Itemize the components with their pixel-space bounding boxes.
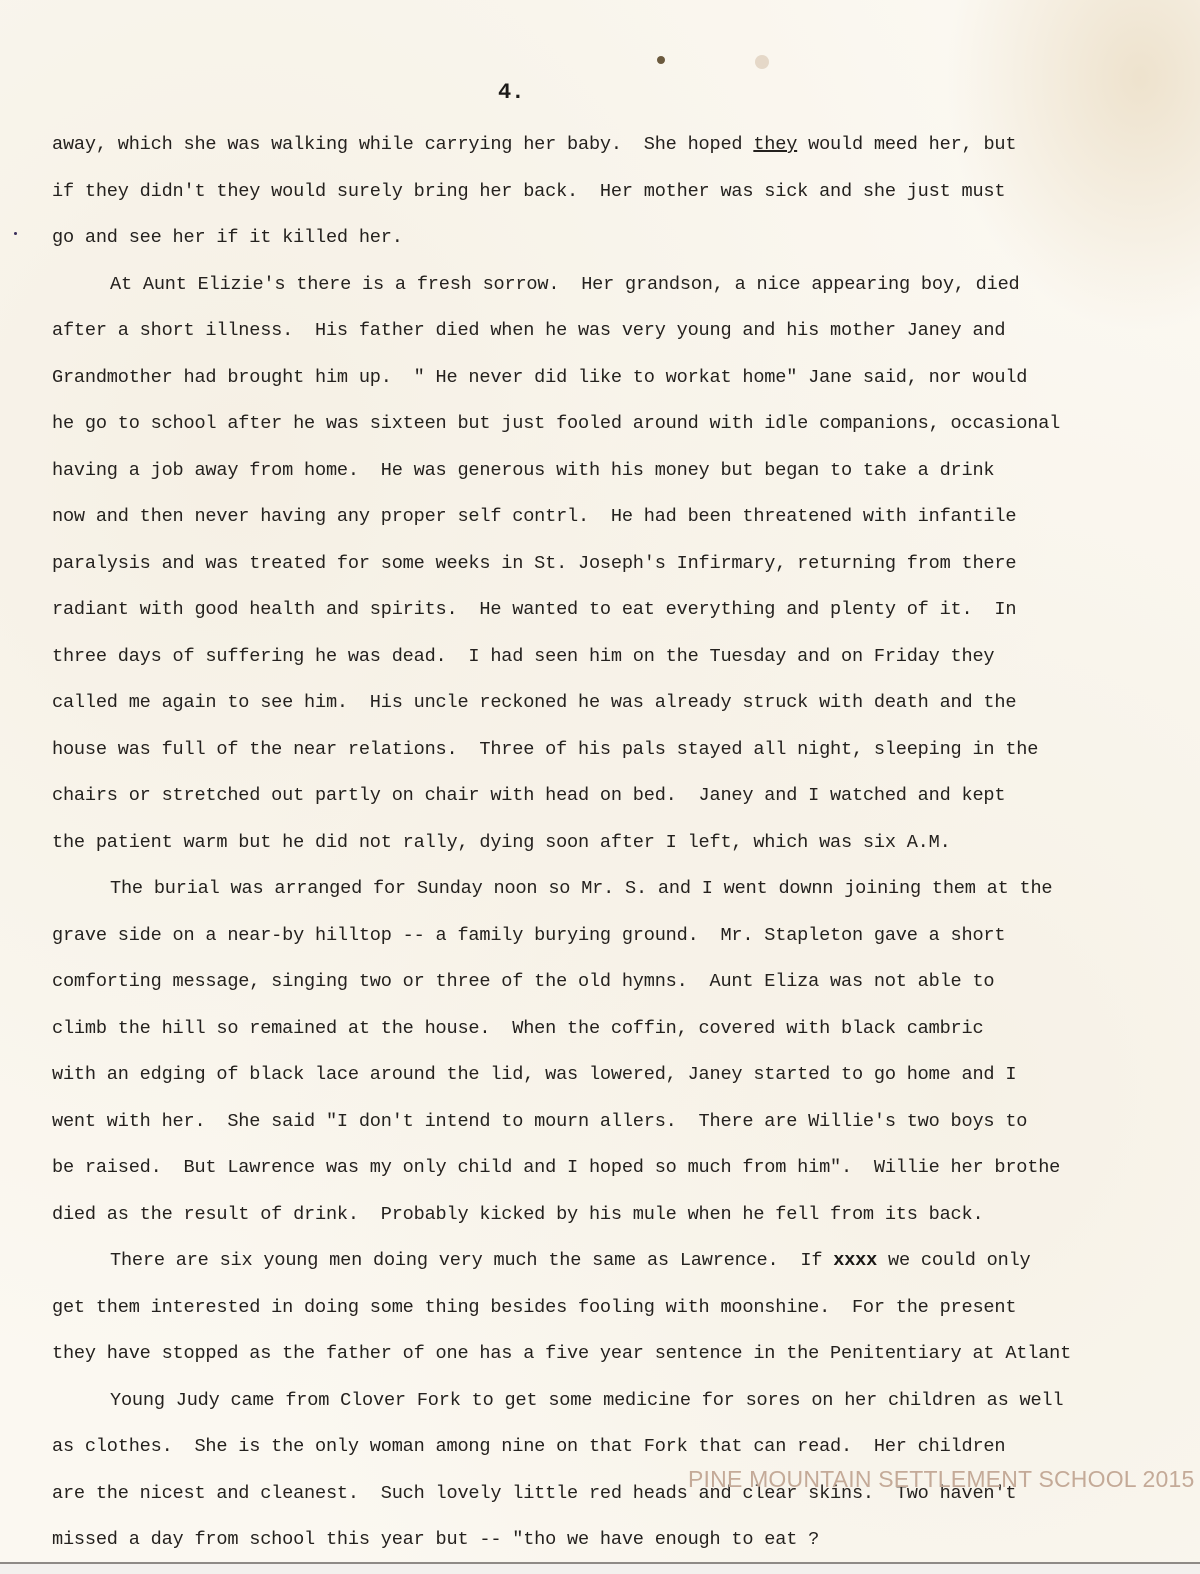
text-run: three days of suffering he was dead. I h… bbox=[52, 646, 994, 667]
underlined-word: they bbox=[753, 134, 797, 155]
text-line: Grandmother had brought him up. " He nev… bbox=[52, 355, 1162, 402]
text-run: would meed her, but bbox=[797, 134, 1016, 155]
page-number: 4. bbox=[498, 80, 524, 105]
text-run: be raised. But Lawrence was my only chil… bbox=[52, 1157, 1060, 1178]
text-line: house was full of the near relations. Th… bbox=[52, 727, 1162, 774]
text-line: after a short illness. His father died w… bbox=[52, 308, 1162, 355]
text-run: radiant with good health and spirits. He… bbox=[52, 599, 1016, 620]
text-line: died as the result of drink. Probably ki… bbox=[52, 1192, 1162, 1239]
text-run: Grandmother had brought him up. " He nev… bbox=[52, 367, 1027, 388]
text-line: if they didn't they would surely bring h… bbox=[52, 169, 1162, 216]
text-run: away, which she was walking while carryi… bbox=[52, 134, 753, 155]
text-run: grave side on a near-by hilltop -- a fam… bbox=[52, 925, 1005, 946]
text-line: go and see her if it killed her. bbox=[52, 215, 1162, 262]
text-line: he go to school after he was sixteen but… bbox=[52, 401, 1162, 448]
text-line: three days of suffering he was dead. I h… bbox=[52, 634, 1162, 681]
text-line: be raised. But Lawrence was my only chil… bbox=[52, 1145, 1162, 1192]
text-run: the patient warm but he did not rally, d… bbox=[52, 832, 951, 853]
text-line: grave side on a near-by hilltop -- a fam… bbox=[52, 913, 1162, 960]
text-line: missed a day from school this year but -… bbox=[52, 1517, 1162, 1564]
text-run: with an edging of black lace around the … bbox=[52, 1064, 1016, 1085]
text-run: he go to school after he was sixteen but… bbox=[52, 413, 1060, 434]
text-run: we could only bbox=[877, 1250, 1030, 1271]
text-line: radiant with good health and spirits. He… bbox=[52, 587, 1162, 634]
paragraph-first-line: The burial was arranged for Sunday noon … bbox=[52, 866, 1162, 913]
text-run: as clothes. She is the only woman among … bbox=[52, 1436, 1005, 1457]
scanned-page: 4. away, which she was walking while car… bbox=[0, 0, 1200, 1564]
text-run: get them interested in doing some thing … bbox=[52, 1297, 1016, 1318]
text-run: called me again to see him. His uncle re… bbox=[52, 692, 1016, 713]
scan-bottom-edge bbox=[0, 1564, 1200, 1574]
text-run: house was full of the near relations. Th… bbox=[52, 739, 1038, 760]
text-run: went with her. She said "I don't intend … bbox=[52, 1111, 1027, 1132]
text-run: now and then never having any proper sel… bbox=[52, 506, 1016, 527]
paragraph-first-line: Young Judy came from Clover Fork to get … bbox=[52, 1378, 1162, 1425]
text-run: paralysis and was treated for some weeks… bbox=[52, 553, 1016, 574]
text-line: now and then never having any proper sel… bbox=[52, 494, 1162, 541]
archive-watermark: PINE MOUNTAIN SETTLEMENT SCHOOL 2015 bbox=[688, 1466, 1195, 1493]
text-run: comforting message, singing two or three… bbox=[52, 971, 994, 992]
text-line: paralysis and was treated for some weeks… bbox=[52, 541, 1162, 588]
text-run: missed a day from school this year but -… bbox=[52, 1529, 819, 1550]
text-line: they have stopped as the father of one h… bbox=[52, 1331, 1162, 1378]
text-line: went with her. She said "I don't intend … bbox=[52, 1099, 1162, 1146]
text-line: called me again to see him. His uncle re… bbox=[52, 680, 1162, 727]
text-line: the patient warm but he did not rally, d… bbox=[52, 820, 1162, 867]
text-line: having a job away from home. He was gene… bbox=[52, 448, 1162, 495]
ink-speck bbox=[14, 232, 17, 235]
text-line: as clothes. She is the only woman among … bbox=[52, 1424, 1162, 1471]
text-run: Young Judy came from Clover Fork to get … bbox=[110, 1390, 1063, 1411]
text-line: comforting message, singing two or three… bbox=[52, 959, 1162, 1006]
text-run: they have stopped as the father of one h… bbox=[52, 1343, 1071, 1364]
text-run: chairs or stretched out partly on chair … bbox=[52, 785, 1005, 806]
text-line: get them interested in doing some thing … bbox=[52, 1285, 1162, 1332]
paper-hole-mark bbox=[657, 56, 665, 64]
text-run: There are six young men doing very much … bbox=[110, 1250, 833, 1271]
text-line: away, which she was walking while carryi… bbox=[52, 122, 1162, 169]
text-line: with an edging of black lace around the … bbox=[52, 1052, 1162, 1099]
text-run: died as the result of drink. Probably ki… bbox=[52, 1204, 983, 1225]
struck-out-text: xxxx bbox=[833, 1250, 877, 1271]
text-run: climb the hill so remained at the house.… bbox=[52, 1018, 983, 1039]
paper-stain bbox=[755, 55, 769, 69]
text-line: climb the hill so remained at the house.… bbox=[52, 1006, 1162, 1053]
paragraph-first-line: There are six young men doing very much … bbox=[52, 1238, 1162, 1285]
text-run: The burial was arranged for Sunday noon … bbox=[110, 878, 1052, 899]
paragraph-first-line: At Aunt Elizie's there is a fresh sorrow… bbox=[52, 262, 1162, 309]
text-run: At Aunt Elizie's there is a fresh sorrow… bbox=[110, 274, 1020, 295]
text-line: chairs or stretched out partly on chair … bbox=[52, 773, 1162, 820]
text-run: having a job away from home. He was gene… bbox=[52, 460, 994, 481]
text-run: if they didn't they would surely bring h… bbox=[52, 181, 1005, 202]
text-run: after a short illness. His father died w… bbox=[52, 320, 1005, 341]
typed-body-text: away, which she was walking while carryi… bbox=[52, 122, 1162, 1564]
text-run: go and see her if it killed her. bbox=[52, 227, 403, 248]
